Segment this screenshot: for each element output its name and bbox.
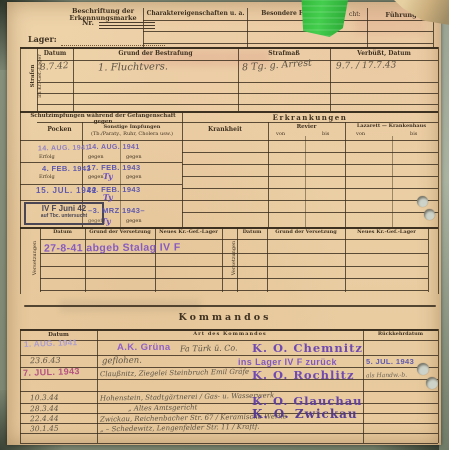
- stamp-ak-gruena: A.K. Grüna: [117, 342, 171, 353]
- rule: [305, 136, 306, 227]
- rule: [222, 227, 223, 292]
- stamp-vaccination-date: 14. AUG. 1941: [38, 145, 90, 153]
- stamp-vaccination-date: 24. FEB. 1943: [87, 185, 141, 194]
- rule: [97, 329, 98, 443]
- rule: [367, 8, 368, 47]
- stamp-vaccination-date: 4. FEB. 1943: [42, 164, 91, 173]
- stamp-vaccination-date: 14. AUG. 1941: [88, 144, 140, 151]
- entry-kommando-date: 30.1.45: [30, 424, 59, 433]
- rule: [37, 82, 438, 83]
- stamp-transfer-stalag: 27-8-41 abgeb Stalag IV F: [44, 241, 181, 254]
- col-header-grund-bestrafung: Grund der Bestrafung: [73, 51, 238, 58]
- hole-punch: [426, 377, 438, 389]
- label-lager: Lager:: [28, 35, 57, 44]
- entry-punishment-date: 8.7.42: [40, 61, 69, 73]
- rule: [247, 8, 248, 47]
- col-header-grund-versetzung: Grund der Versetzung: [267, 230, 345, 236]
- col-header-neues-lager: Neues Kr.-Gef.-Lager: [345, 230, 428, 236]
- entry-kommando-date: 28.3.44: [30, 404, 59, 413]
- rule: [20, 433, 438, 434]
- rule: [392, 136, 393, 227]
- col-header-verbuesst: Verbüßt, Datum: [330, 51, 438, 58]
- label-gegen: gegen: [126, 155, 142, 161]
- col-header-lazarett: Lazarett — Krankenhaus: [345, 124, 438, 130]
- entry-return-note: als Handw.-b.: [366, 372, 407, 380]
- col-header-datum: Datum: [40, 230, 85, 236]
- stamp-ko-rochlitz: K. O. Rochlitz: [252, 368, 355, 382]
- col-header-rueckkehrdatum: Rückkehrdatum: [363, 332, 438, 338]
- header-charakter: Charaktereigenschaften u. a.: [146, 11, 245, 18]
- entry-punishment-reason: 1. Fluchtvers.: [98, 61, 168, 73]
- rule: [20, 47, 438, 49]
- label-gegen: gegen: [88, 175, 104, 181]
- rule: [37, 104, 438, 105]
- col-header-neues-lager: Neues Kr.-Gef.-Lager: [155, 230, 222, 236]
- rule: [20, 340, 438, 341]
- lager-dotted-line: [61, 38, 165, 46]
- stamp-kommando-date: 7. JUL. 1943: [23, 366, 80, 378]
- rule: [182, 200, 438, 201]
- rule: [20, 443, 438, 444]
- section-title-erkrankungen: Erkrankungen: [245, 114, 375, 122]
- entry-kommando-date: 10.3.44: [30, 393, 59, 402]
- hole-punch: [424, 209, 435, 220]
- stamp-ko-zwickau: K. O. Zwickau: [252, 407, 358, 421]
- stamp-return-date: 5. JUL. 1943: [366, 357, 414, 366]
- rule: [20, 403, 438, 404]
- col-header-pocken: Pocken: [37, 127, 82, 134]
- col-header-sonstige-sub: (Tb./Paraty., Ruhr, Cholera usw.): [84, 132, 180, 138]
- label-erfolg: Erfolg: [39, 155, 55, 161]
- rule: [182, 176, 438, 177]
- label-lazarett-von: von: [356, 132, 365, 138]
- rule: [438, 329, 439, 443]
- rule: [20, 47, 21, 294]
- entry-kommando-date: 23.6.43: [30, 356, 61, 366]
- stamp-kommando-date: 1. AUG. 1941: [24, 338, 78, 349]
- header-faehigkeiten-fragment: cht:: [349, 12, 361, 19]
- label-erfolg: Erfolg: [39, 175, 55, 181]
- stamp-ko-glauchau: K. O. Glauchau: [252, 394, 363, 408]
- label-nr: Nr.: [82, 19, 94, 27]
- rule: [37, 93, 438, 94]
- stamp-ins-lager-zurueck: ins Lager IV F zurück: [238, 357, 337, 367]
- rule: [155, 227, 156, 292]
- col-header-grund-versetzung: Grund der Versetzung: [85, 230, 155, 236]
- side-label-strafen-line1: Strafen: [30, 46, 37, 106]
- col-header-revier: Revier: [268, 124, 345, 130]
- col-header-sonstige: Sonstige Impfungen: [84, 125, 180, 131]
- entry-kommando-place: „ Altes Amtsgericht: [128, 403, 198, 412]
- hole-punch: [417, 196, 428, 207]
- label-lazarett-bis: bis: [410, 132, 417, 138]
- entry-kommando-firm: Fa Türk ü. Co.: [180, 343, 238, 353]
- label-gegen: gegen: [126, 175, 142, 181]
- label-gegen: gegen: [88, 155, 104, 161]
- pow-record-card-photo: { "document_type": "Kriegsgefangenen-Per…: [0, 0, 449, 450]
- section-title-kommandos: Kommandos: [150, 313, 300, 324]
- label-revier-von: von: [276, 132, 285, 138]
- rule: [143, 43, 433, 44]
- nr-fill-lines: [99, 22, 155, 29]
- rule: [20, 329, 21, 443]
- rule: [143, 31, 433, 32]
- col-header-datum: Datum: [20, 332, 97, 338]
- fold-line: [24, 305, 436, 307]
- rule: [345, 227, 346, 292]
- hole-punch: [417, 363, 429, 375]
- rule: [267, 227, 268, 292]
- rule: [182, 188, 438, 189]
- stamp-ko-chemnitz: K. O. Chemnitz: [252, 341, 363, 355]
- entry-kommando-date: 22.4.44: [30, 414, 59, 423]
- col-header-art-kommando: Art des Kommandos: [97, 332, 363, 338]
- rule: [428, 227, 429, 292]
- rule: [182, 212, 438, 213]
- rule: [182, 164, 438, 165]
- col-header-krankheit: Krankheit: [182, 127, 268, 134]
- entry-ty: Ty: [103, 171, 113, 181]
- label-revier-bis: bis: [322, 132, 329, 138]
- rule: [20, 200, 182, 201]
- rule: [20, 355, 438, 356]
- stamp-vaccination-date: 17. FEB. 1943: [87, 163, 141, 172]
- stamp-vaccination-date: –3. MRZ 1943–: [88, 206, 145, 215]
- rule: [182, 152, 438, 153]
- rule: [85, 227, 86, 292]
- rule: [40, 290, 428, 291]
- entry-kommando-escaped: geflohen.: [102, 356, 142, 367]
- col-header-strafmass: Strafmaß: [238, 51, 330, 58]
- entry-punishment-served: 9.7. / 17.7.43: [336, 60, 396, 71]
- label-gegen: gegen: [126, 219, 142, 225]
- rule: [143, 20, 433, 21]
- col-header-datum: Datum: [37, 51, 73, 58]
- rule: [438, 47, 439, 294]
- col-header-datum: Datum: [237, 230, 267, 236]
- rule: [363, 329, 364, 443]
